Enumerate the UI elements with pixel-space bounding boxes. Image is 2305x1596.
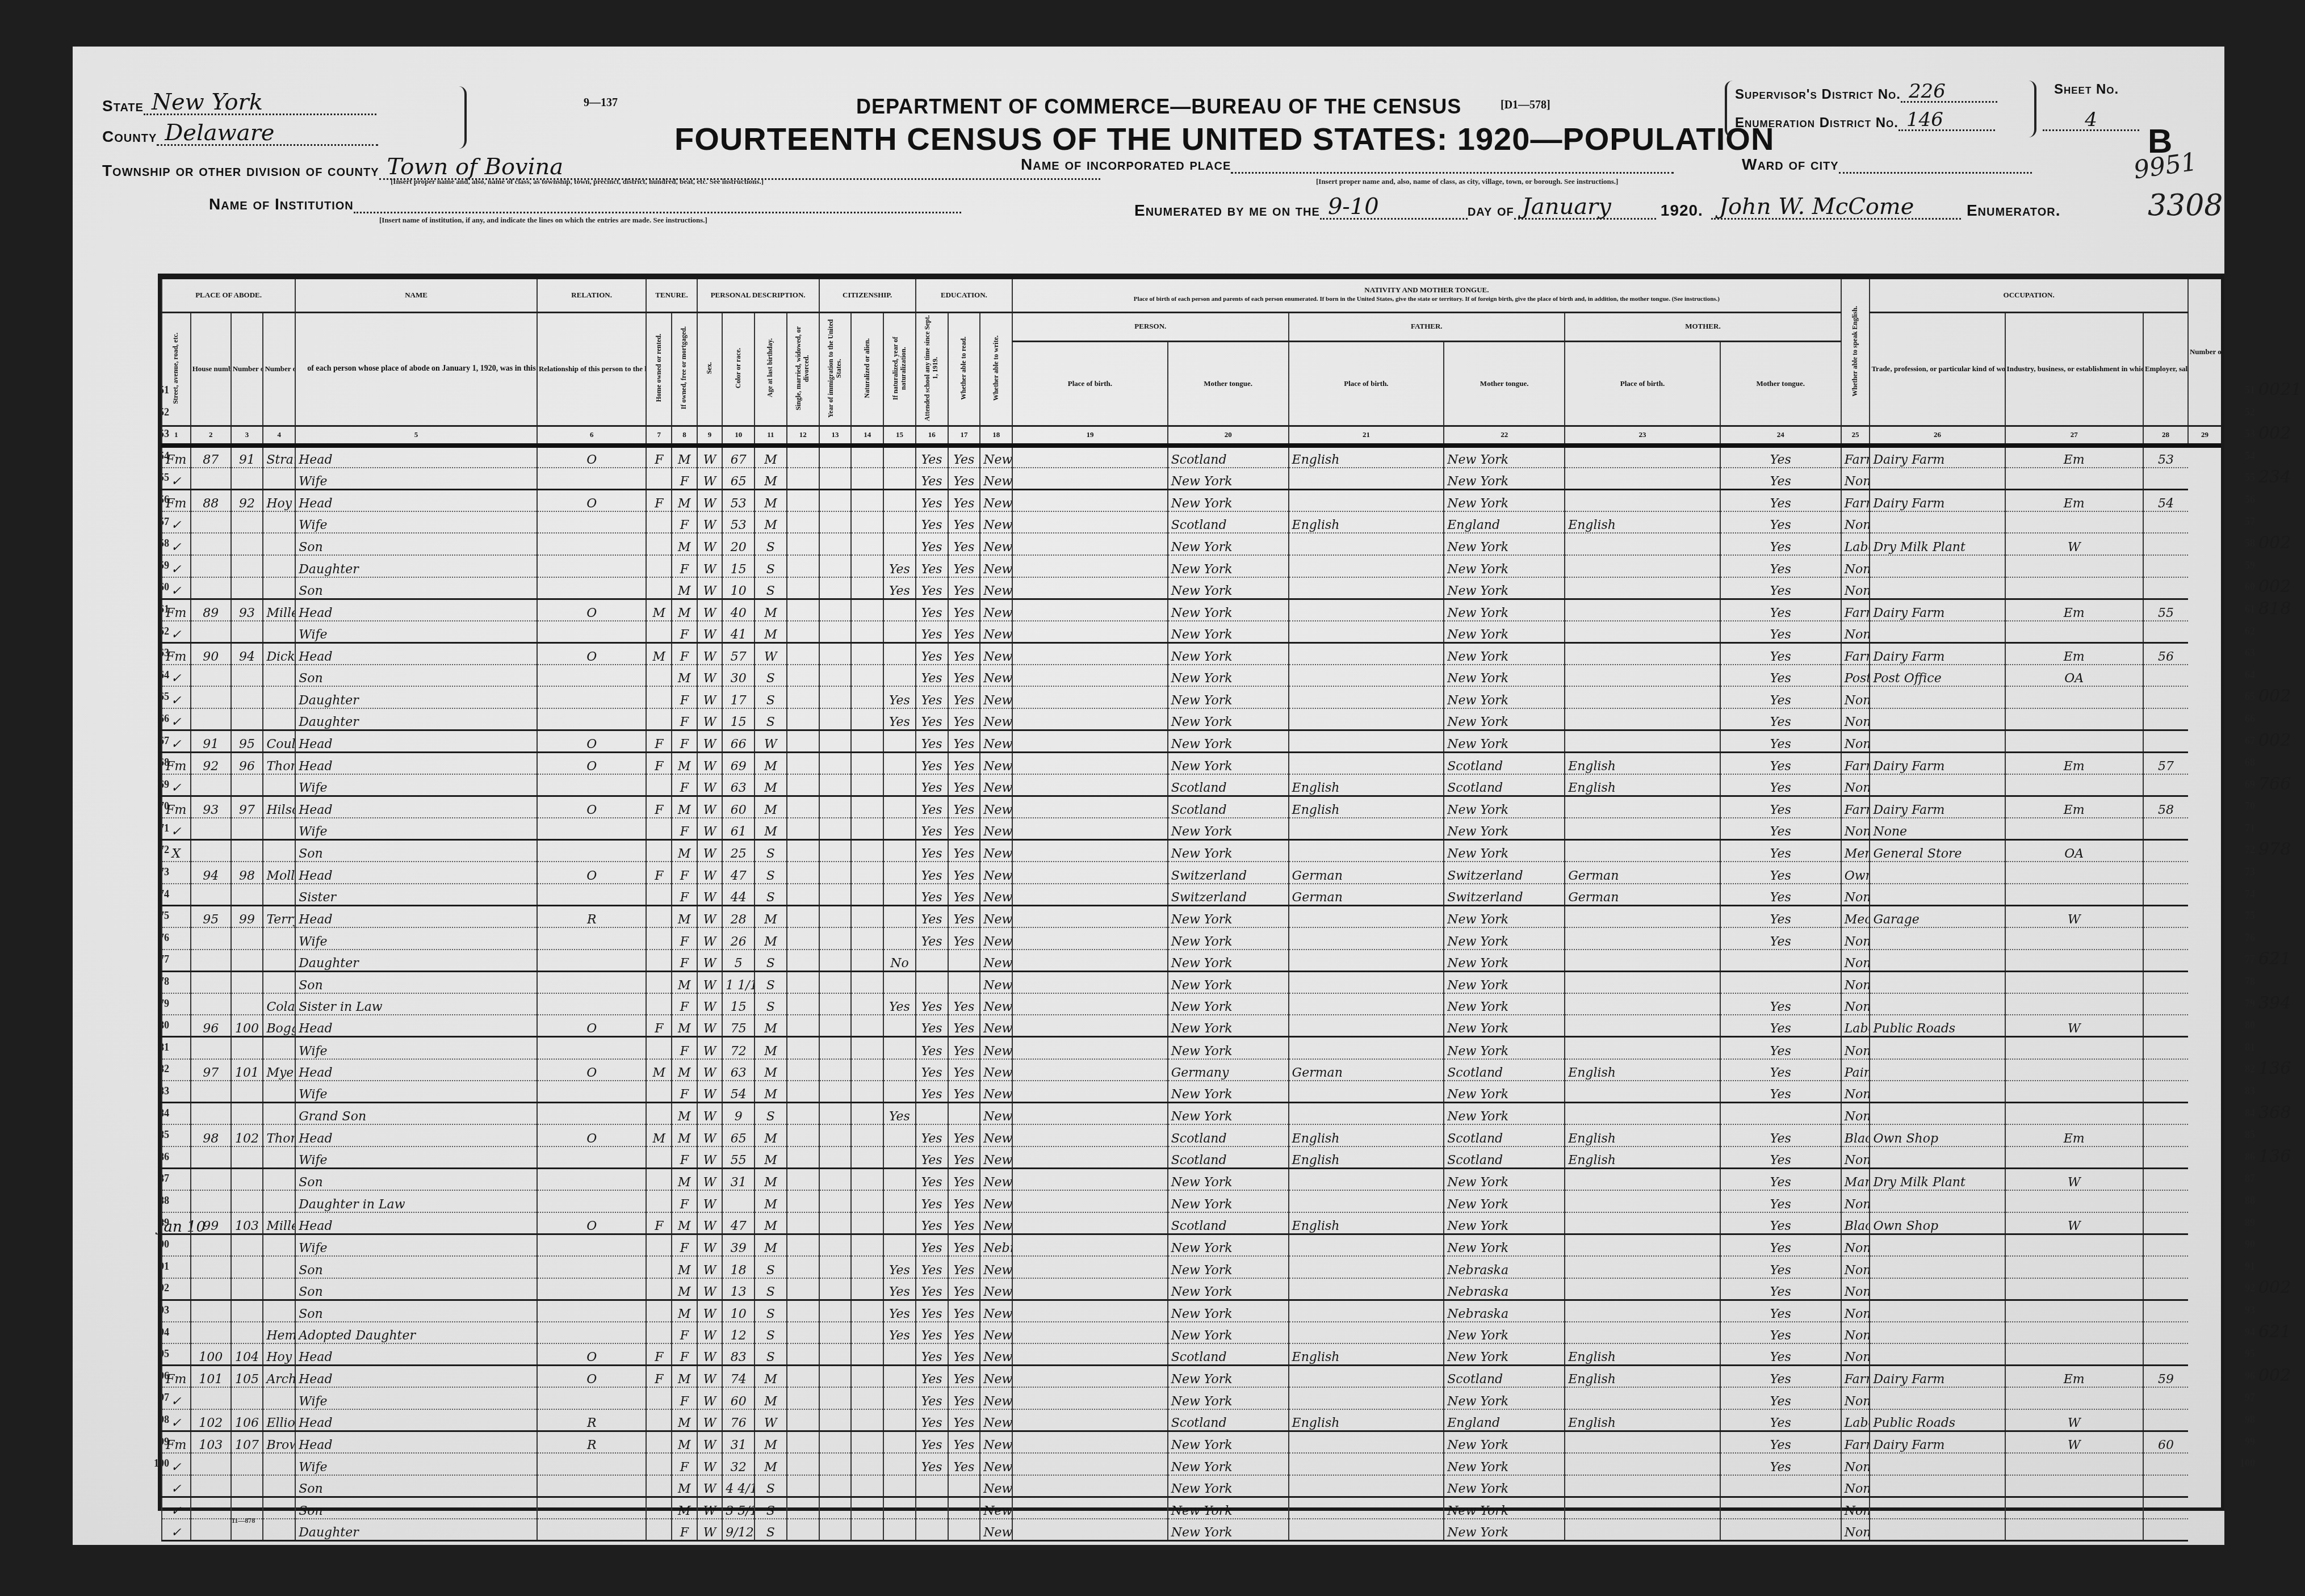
empty-cell <box>1012 1366 1168 1388</box>
father-tongue-cell <box>1289 555 1444 577</box>
family-number-cell <box>231 818 263 840</box>
table-row: Fm101105Archibald Alexan.HeadOFMW74MYesY… <box>162 1366 2221 1388</box>
empty-cell <box>1012 1497 1168 1519</box>
trade-cell: Black Smith <box>1841 1212 1870 1234</box>
house-number-cell <box>191 468 231 490</box>
industry-cell <box>1870 1103 2005 1125</box>
relation-cell: Head <box>295 1343 537 1366</box>
relation-cell: Head <box>295 1366 537 1388</box>
birthplace-cell: Nebraska <box>980 1234 1012 1256</box>
speaks-english-cell: Yes <box>1720 1124 1841 1146</box>
empty-cell <box>1012 665 1168 687</box>
speaks-english-cell: Yes <box>1720 665 1841 687</box>
age-cell: 28 <box>722 905 755 927</box>
speaks-english-cell: Yes <box>1720 1190 1841 1212</box>
father-tongue-cell <box>1289 1387 1444 1409</box>
trade-cell: None <box>1841 1300 1870 1322</box>
occupation-code <box>2258 927 2305 949</box>
house-number-cell <box>191 708 231 730</box>
empty-cell <box>787 1146 819 1169</box>
street-cell <box>162 1169 191 1191</box>
column-number: 21 <box>1289 426 1444 446</box>
trade-cell: None <box>1841 1387 1870 1409</box>
person-name-cell: Moller Kate K. <box>263 862 295 884</box>
street-cell <box>162 1103 191 1125</box>
attended-school-cell: Yes <box>883 1322 916 1344</box>
empty-cell <box>787 1278 819 1300</box>
race-cell: W <box>697 818 723 840</box>
empty-cell <box>787 1497 819 1519</box>
column-number: 23 <box>1565 426 1720 446</box>
home-owned-cell: O <box>537 752 647 774</box>
trade-cell: None <box>1841 927 1870 950</box>
age-cell: 26 <box>722 927 755 950</box>
family-number-cell <box>231 511 263 534</box>
col-25-header: Whether able to speak English. <box>1841 279 1870 426</box>
birthplace-cell: New York <box>980 752 1012 774</box>
farm-schedule-cell <box>2143 1081 2188 1103</box>
person-name-cell: Lizzie <box>263 1190 295 1212</box>
industry-cell <box>1870 1300 2005 1322</box>
table-row: ✓Elenor M.DaughterFW9/12SNew YorkNew Yor… <box>162 1519 2221 1541</box>
free-mortgaged-cell <box>646 621 672 643</box>
home-owned-cell: O <box>537 1124 647 1146</box>
free-mortgaged-cell <box>646 577 672 599</box>
home-owned-cell <box>537 927 647 950</box>
relation-cell: Head <box>295 1409 537 1431</box>
trade-cell: None <box>1841 774 1870 796</box>
attended-school-cell <box>883 905 916 927</box>
column-number: 1 <box>162 426 191 446</box>
able-to-write-cell: Yes <box>948 533 980 555</box>
empty-cell <box>787 993 819 1015</box>
industry-cell: Dairy Farm <box>1870 642 2005 665</box>
mother-tongue-cell <box>1565 730 1720 753</box>
sex-cell: M <box>672 1497 697 1519</box>
farm-schedule-cell <box>2143 1103 2188 1125</box>
able-to-write-cell: Yes <box>948 555 980 577</box>
table-row: Fm8791Strangeway Thomas E.HeadOFMW67MYes… <box>162 446 2221 468</box>
person-name-cell: Robert E. <box>263 1475 295 1497</box>
column-number: 19 <box>1012 426 1168 446</box>
father-birthplace-cell: New York <box>1168 1387 1289 1409</box>
age-cell: 15 <box>722 993 755 1015</box>
empty-cell <box>787 489 819 511</box>
empty-cell <box>1012 993 1168 1015</box>
family-number-cell: 93 <box>231 599 263 621</box>
empty-cell <box>851 555 883 577</box>
empty-cell <box>787 1366 819 1388</box>
marital-status-cell: S <box>755 862 787 884</box>
empty-cell <box>851 1497 883 1519</box>
race-cell: W <box>697 577 723 599</box>
home-owned-cell <box>537 1234 647 1256</box>
empty-cell <box>851 1212 883 1234</box>
attended-school-cell: Yes <box>883 686 916 708</box>
empty-cell <box>819 862 852 884</box>
father-birthplace-cell: New York <box>1168 1037 1289 1059</box>
table-row: Claude J. Jr.SonMW1 1/12SNew YorkNew Yor… <box>162 971 2221 993</box>
occupation-code <box>2258 861 2305 883</box>
able-to-read-cell: Yes <box>916 1015 948 1037</box>
empty-cell <box>787 686 819 708</box>
race-cell: W <box>697 489 723 511</box>
relation-cell: Head <box>295 796 537 818</box>
empty-cell <box>1012 1322 1168 1344</box>
age-cell: 39 <box>722 1234 755 1256</box>
farm-schedule-cell <box>2143 577 2188 599</box>
able-to-read-cell: Yes <box>916 862 948 884</box>
col-6-header: Relationship of this person to the head … <box>537 312 647 426</box>
table-row: Morris J.SonMW18SYesYesYesNew YorkNew Yo… <box>162 1256 2221 1278</box>
mother-birthplace-cell: New York <box>1444 1037 1565 1059</box>
occupation-code <box>2258 1080 2305 1102</box>
able-to-write-cell: Yes <box>948 774 980 796</box>
able-to-write-cell: Yes <box>948 1212 980 1234</box>
empty-cell <box>819 665 852 687</box>
district-brace-left <box>1725 81 1733 137</box>
mother-birthplace-cell: New York <box>1444 1453 1565 1475</box>
marital-status-cell: S <box>755 1519 787 1541</box>
empty-cell <box>819 446 852 468</box>
industry-cell <box>1870 1081 2005 1103</box>
street-cell: ✓ <box>162 555 191 577</box>
farm-schedule-cell <box>2143 950 2188 972</box>
industry-cell <box>1870 511 2005 534</box>
family-number-cell <box>231 1169 263 1191</box>
marital-status-cell: S <box>755 686 787 708</box>
able-to-write-cell: Yes <box>948 1169 980 1191</box>
house-number-cell <box>191 1081 231 1103</box>
table-row: Fm9296Thomson LancelotHeadOFMW69MYesYesN… <box>162 752 2221 774</box>
line-number-right: 76 <box>2228 927 2255 949</box>
house-number-cell: 88 <box>191 489 231 511</box>
farm-schedule-cell <box>2143 840 2188 862</box>
free-mortgaged-cell <box>646 1256 672 1278</box>
speaks-english-cell: Yes <box>1720 927 1841 950</box>
empty-cell <box>787 752 819 774</box>
family-number-cell <box>231 468 263 490</box>
able-to-read-cell: Yes <box>916 1278 948 1300</box>
line-number-right: 58 <box>2228 532 2255 555</box>
occupation-code <box>2258 795 2305 817</box>
home-owned-cell: O <box>537 1212 647 1234</box>
empty-cell <box>1012 1169 1168 1191</box>
marital-status-cell: S <box>755 577 787 599</box>
sex-cell: M <box>672 752 697 774</box>
free-mortgaged-cell <box>646 1081 672 1103</box>
house-number-cell <box>191 1519 231 1541</box>
sex-cell: F <box>672 993 697 1015</box>
race-cell: W <box>697 1146 723 1169</box>
occupation-code: 818 <box>2258 598 2305 620</box>
able-to-read-cell: Yes <box>916 993 948 1015</box>
attended-school-cell: Yes <box>883 1300 916 1322</box>
column-number: 14 <box>851 426 883 446</box>
race-cell: W <box>697 555 723 577</box>
empty-cell <box>1012 1475 1168 1497</box>
mother-birthplace-cell: New York <box>1444 577 1565 599</box>
empty-cell <box>851 862 883 884</box>
empty-cell <box>819 1037 852 1059</box>
table-row: Fm9094Dickson Jane L.HeadOMFW57WYesYesNe… <box>162 642 2221 665</box>
worker-class-cell <box>2005 1146 2143 1169</box>
empty-cell <box>819 905 852 927</box>
marital-status-cell: M <box>755 1190 787 1212</box>
father-birthplace-cell: Switzerland <box>1168 862 1289 884</box>
able-to-read-cell: Yes <box>916 468 948 490</box>
worker-class-cell <box>2005 1256 2143 1278</box>
free-mortgaged-cell: M <box>646 1059 672 1081</box>
farm-schedule-cell <box>2143 533 2188 555</box>
race-cell: W <box>697 533 723 555</box>
relation-cell: Son <box>295 665 537 687</box>
relation-cell: Wife <box>295 511 537 534</box>
sex-cell: F <box>672 927 697 950</box>
mother-tongue-cell <box>1565 1278 1720 1300</box>
relation-cell: Son <box>295 533 537 555</box>
speaks-english-cell: Yes <box>1720 1453 1841 1475</box>
marital-status-cell: M <box>755 1015 787 1037</box>
age-cell: 25 <box>722 840 755 862</box>
county-label: County <box>102 128 157 146</box>
street-cell <box>162 927 191 950</box>
worker-class-cell <box>2005 927 2143 950</box>
birthplace-cell: New York <box>980 774 1012 796</box>
mother-birthplace-cell: New York <box>1444 599 1565 621</box>
industry-cell <box>1870 1059 2005 1081</box>
marital-status-cell: M <box>755 1169 787 1191</box>
empty-cell <box>819 1124 852 1146</box>
age-cell <box>722 1190 755 1212</box>
mother-birthplace-cell: New York <box>1444 905 1565 927</box>
family-number-cell <box>231 577 263 599</box>
mother-birthplace-cell: New York <box>1444 730 1565 753</box>
sex-cell: F <box>672 1190 697 1212</box>
mother-tongue-cell: German <box>1565 862 1720 884</box>
birthplace-cell: New York <box>980 1146 1012 1169</box>
trade-cell: None <box>1841 1475 1870 1497</box>
person-name-cell: Miller Gideon <box>263 1212 295 1234</box>
speaks-english-cell: Yes <box>1720 533 1841 555</box>
family-number-cell <box>231 1190 263 1212</box>
column-number: 13 <box>819 426 852 446</box>
able-to-read-cell <box>916 1519 948 1541</box>
occupation-code <box>2258 971 2305 993</box>
mother-tongue-cell <box>1565 708 1720 730</box>
empty-cell <box>819 577 852 599</box>
age-cell: 13 <box>722 1278 755 1300</box>
industry-cell <box>1870 1256 2005 1278</box>
age-cell: 32 <box>722 1453 755 1475</box>
group-occupation: OCCUPATION. <box>1870 279 2188 312</box>
street-cell <box>162 1146 191 1169</box>
line-number-right: 60 <box>2228 576 2255 598</box>
person-name-cell: James E. <box>263 1497 295 1519</box>
empty-cell <box>1012 1015 1168 1037</box>
enumerated-year: 1920. <box>1661 201 1703 220</box>
sex-cell: F <box>672 1387 697 1409</box>
occupation-code: 621 <box>2258 948 2305 971</box>
trade-cell: Farmer <box>1841 599 1870 621</box>
age-cell: 72 <box>722 1037 755 1059</box>
birthplace-cell: New York <box>980 1103 1012 1125</box>
family-number-cell: 91 <box>231 446 263 468</box>
empty-cell <box>819 1366 852 1388</box>
industry-cell <box>1870 927 2005 950</box>
relation-cell: Sister <box>295 884 537 906</box>
trade-cell: Mechanic <box>1841 905 1870 927</box>
attended-school-cell: Yes <box>883 577 916 599</box>
person-name-cell: Colark Martha R. <box>263 993 295 1015</box>
empty-cell <box>1012 1190 1168 1212</box>
family-number-cell <box>231 1453 263 1475</box>
table-row: Hemmings LulaAdopted DaughterFW12SYesYes… <box>162 1322 2221 1344</box>
home-owned-cell: R <box>537 905 647 927</box>
family-number-cell: 102 <box>231 1124 263 1146</box>
attended-school-cell: Yes <box>883 993 916 1015</box>
table-row: Alice J.WifeFW72MYesYesNew YorkNew YorkN… <box>162 1037 2221 1059</box>
table-row: 100104Hoy MargaretHeadOFFW83SYesYesNew Y… <box>162 1343 2221 1366</box>
relation-cell: Head <box>295 730 537 753</box>
father-tongue-cell: English <box>1289 511 1444 534</box>
house-number-cell <box>191 511 231 534</box>
relation-cell: Head <box>295 1015 537 1037</box>
speaks-english-cell: Yes <box>1720 818 1841 840</box>
table-row: ✓Anna M.WifeFW63MYesYesNew YorkScotlandE… <box>162 774 2221 796</box>
marital-status-cell: S <box>755 840 787 862</box>
empty-cell <box>787 730 819 753</box>
mother-birthplace-cell: New York <box>1444 708 1565 730</box>
race-cell: W <box>697 1190 723 1212</box>
free-mortgaged-cell <box>646 1475 672 1497</box>
person-name-cell: Mabel A. <box>263 621 295 643</box>
col-9-header: Sex. <box>697 312 723 426</box>
speaks-english-cell: Yes <box>1720 1212 1841 1234</box>
empty-cell <box>851 1234 883 1256</box>
empty-cell <box>1012 1037 1168 1059</box>
mother-tongue-cell <box>1565 1453 1720 1475</box>
attended-school-cell <box>883 1453 916 1475</box>
ward-field: Ward of city <box>1742 156 2032 174</box>
farm-schedule-cell <box>2143 1409 2188 1431</box>
worker-class-cell: W <box>2005 1169 2143 1191</box>
able-to-read-cell: Yes <box>916 1343 948 1366</box>
col-7-header: Home owned or rented. <box>646 312 672 426</box>
age-cell: 9/12 <box>722 1519 755 1541</box>
occupation-code <box>2258 883 2305 905</box>
age-cell: 9 <box>722 1103 755 1125</box>
occupation-code <box>2258 1343 2305 1365</box>
free-mortgaged-cell <box>646 971 672 993</box>
worker-class-cell <box>2005 1278 2143 1300</box>
house-number-cell <box>191 950 231 972</box>
line-number-right: 74 <box>2228 883 2255 905</box>
home-owned-cell: O <box>537 446 647 468</box>
empty-cell <box>819 1519 852 1541</box>
column-number: 27 <box>2005 426 2143 446</box>
person-name-cell: Morris J. <box>263 1256 295 1278</box>
empty-cell <box>819 1497 852 1519</box>
industry-cell: Own Shop <box>1870 1124 2005 1146</box>
mother-tongue-cell: English <box>1565 774 1720 796</box>
sex-cell: F <box>672 1343 697 1366</box>
group-personal-description: PERSONAL DESCRIPTION. <box>697 279 819 312</box>
mother-tongue-cell <box>1565 1234 1720 1256</box>
race-cell: W <box>697 1037 723 1059</box>
family-number-cell <box>231 1037 263 1059</box>
birthplace-cell: New York <box>980 796 1012 818</box>
enumeration-district-value: 146 <box>1899 110 1995 131</box>
farm-schedule-cell <box>2143 1519 2188 1541</box>
home-owned-cell <box>537 1322 647 1344</box>
race-cell: W <box>697 884 723 906</box>
age-cell: 4 4/12 <box>722 1475 755 1497</box>
empty-cell <box>787 774 819 796</box>
attended-school-cell <box>883 533 916 555</box>
sex-cell: M <box>672 1431 697 1454</box>
empty-cell <box>787 1212 819 1234</box>
empty-cell <box>819 993 852 1015</box>
race-cell: W <box>697 621 723 643</box>
trade-cell: None <box>1841 971 1870 993</box>
empty-cell <box>851 533 883 555</box>
race-cell: W <box>697 1497 723 1519</box>
empty-cell <box>819 950 852 972</box>
farm-schedule-cell <box>2143 1124 2188 1146</box>
able-to-read-cell: Yes <box>916 1322 948 1344</box>
occupation-code <box>2258 1255 2305 1278</box>
free-mortgaged-cell <box>646 905 672 927</box>
empty-cell <box>851 577 883 599</box>
free-mortgaged-cell <box>646 927 672 950</box>
empty-cell <box>787 1037 819 1059</box>
free-mortgaged-cell <box>646 1453 672 1475</box>
empty-cell <box>851 796 883 818</box>
trade-cell: None <box>1841 686 1870 708</box>
marital-status-cell: M <box>755 489 787 511</box>
mother-birthplace-cell: New York <box>1444 993 1565 1015</box>
empty-cell <box>819 1431 852 1454</box>
person-name-cell: Boggs William F. <box>263 1015 295 1037</box>
free-mortgaged-cell <box>646 1234 672 1256</box>
mother-tongue-cell <box>1565 1497 1720 1519</box>
line-number-right: 87 <box>2228 1167 2255 1190</box>
trade-cell: None <box>1841 511 1870 534</box>
relation-cell: Son <box>295 1169 537 1191</box>
birthplace-cell: New York <box>980 1212 1012 1234</box>
father-tongue-cell <box>1289 1190 1444 1212</box>
street-cell: ✓ <box>162 686 191 708</box>
father-tongue-cell: English <box>1289 446 1444 468</box>
col-28-header: Employer, salary or wage worker, or work… <box>2143 312 2188 426</box>
farm-schedule-cell <box>2143 1278 2188 1300</box>
attended-school-cell <box>883 511 916 534</box>
empty-cell <box>819 818 852 840</box>
free-mortgaged-cell <box>646 774 672 796</box>
mother-birthplace-cell: New York <box>1444 1103 1565 1125</box>
empty-cell <box>1012 1300 1168 1322</box>
table-row: ✓C. LaurenSonMW30SYesYesNew YorkNew York… <box>162 665 2221 687</box>
trade-cell: Post Master <box>1841 665 1870 687</box>
state-county-brace <box>459 86 467 149</box>
birthplace-cell: New York <box>980 1300 1012 1322</box>
family-number-cell <box>231 1497 263 1519</box>
empty-cell <box>1012 971 1168 993</box>
person-name-cell: Thomson Lancelot <box>263 752 295 774</box>
able-to-write-cell: Yes <box>948 1409 980 1431</box>
marital-status-cell: W <box>755 642 787 665</box>
